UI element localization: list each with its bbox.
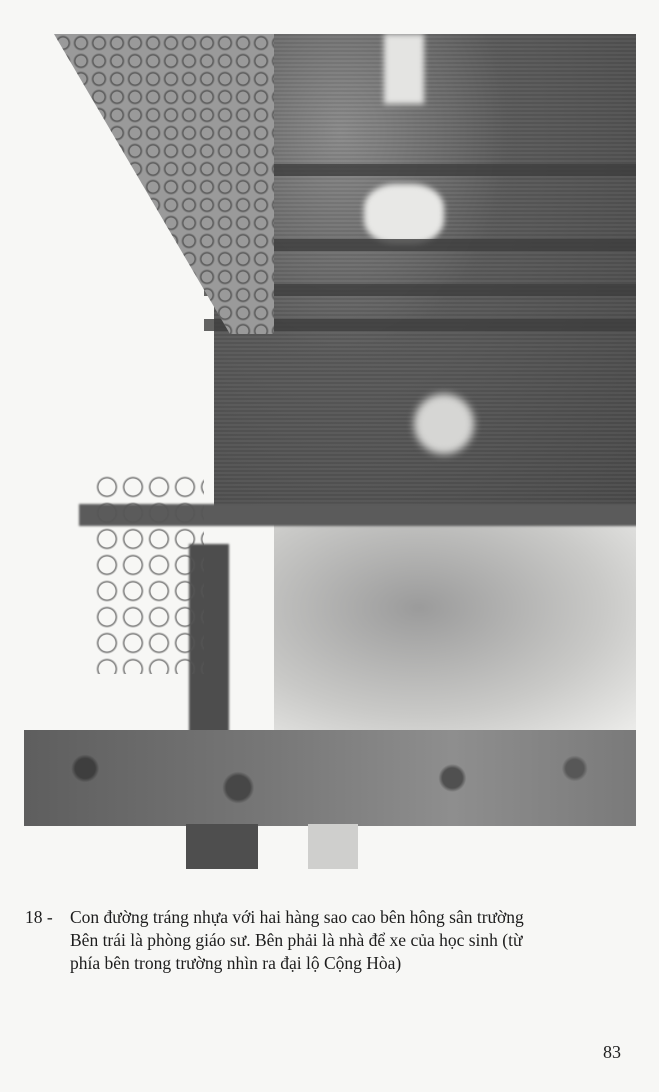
figure-caption: 18 - Con đường tráng nhựa với hai hàng s… [25, 906, 645, 975]
photo-highlight [364, 184, 444, 244]
photo-trees-region [214, 34, 636, 524]
photo-bottom-shadow [186, 824, 258, 869]
photo-bicycles [94, 474, 204, 674]
photo-bottom-light [308, 824, 358, 869]
photograph [24, 34, 636, 869]
caption-line: Con đường tráng nhựa với hai hàng sao ca… [70, 906, 645, 929]
page-number: 83 [603, 1042, 621, 1063]
photo-highlight [384, 34, 424, 104]
photo-foliage [274, 524, 636, 734]
caption-line: Bên trái là phòng giáo sư. Bên phải là n… [70, 929, 645, 952]
caption-text: Con đường tráng nhựa với hai hàng sao ca… [70, 906, 645, 975]
photo-highlight [414, 394, 474, 454]
photo-foreground-trunk [24, 730, 636, 826]
caption-number: 18 - [25, 906, 70, 975]
caption-line: phía bên trong trường nhìn ra đại lộ Cộn… [70, 952, 645, 975]
photo-bicycles-row [54, 34, 274, 334]
